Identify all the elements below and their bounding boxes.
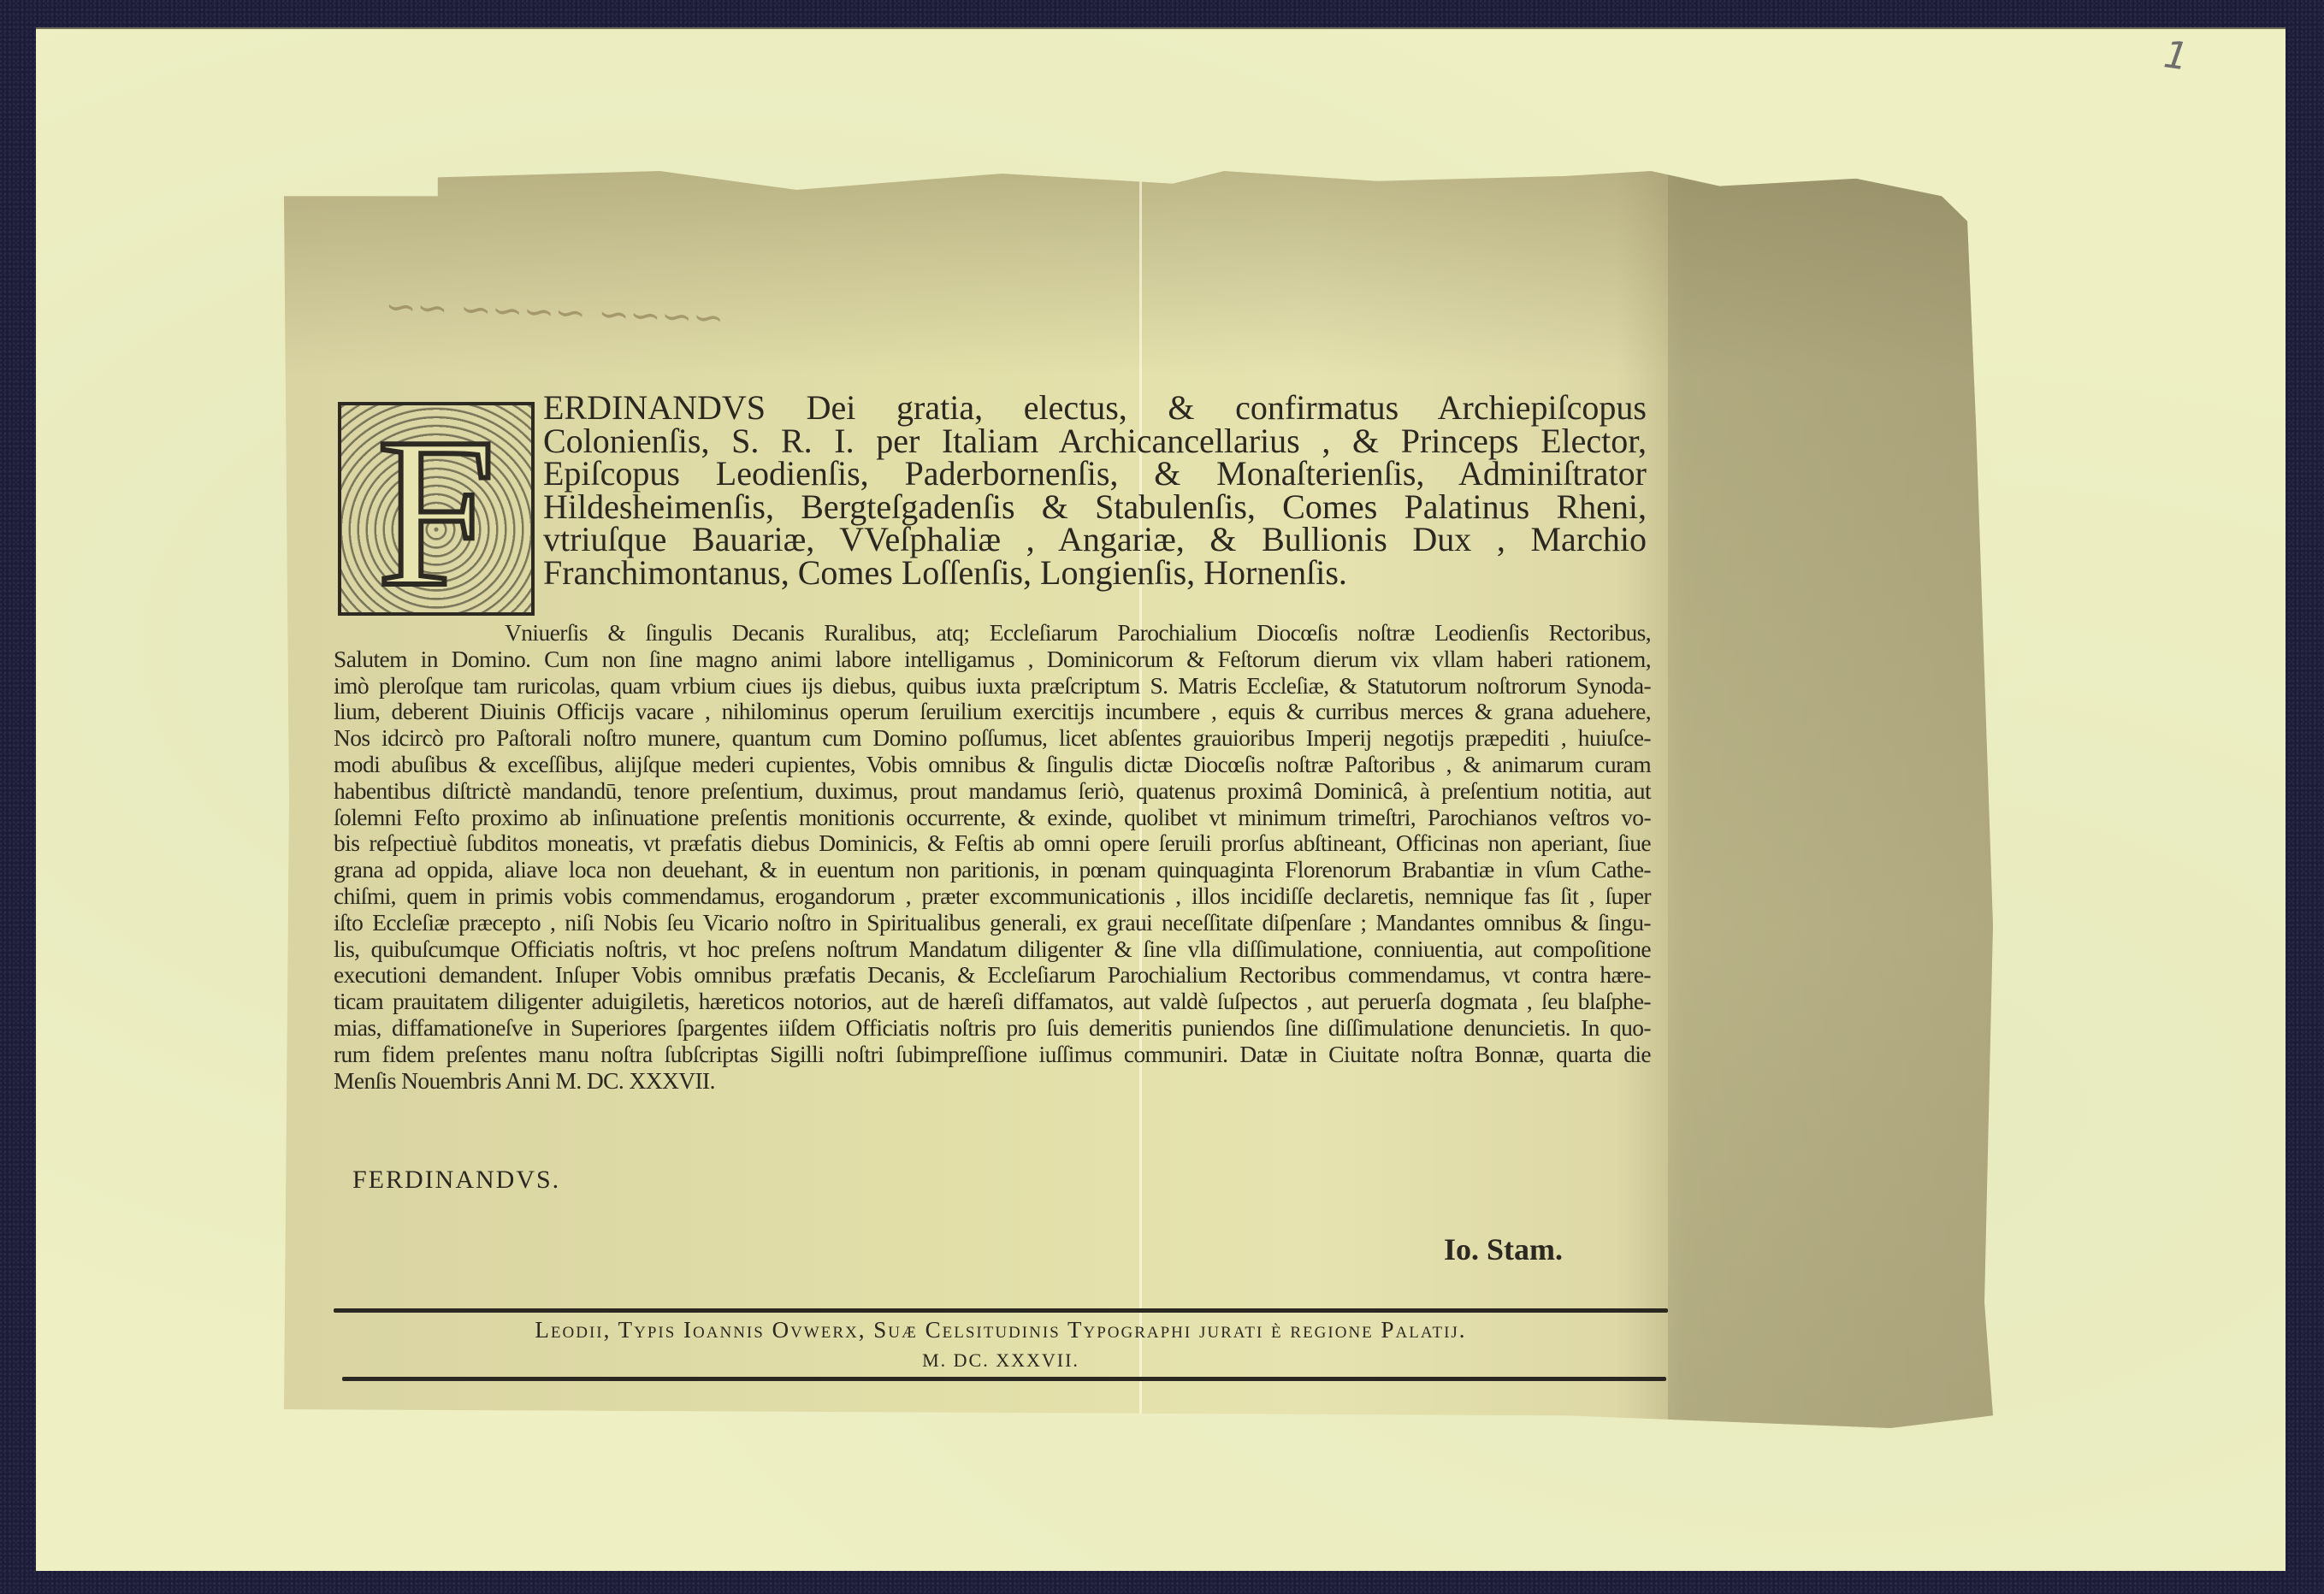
body-line: lis, quibuſcumque Officiatis noſtris, vt… [334,936,1651,963]
title-line: Colonienſis, S. R. I. per Italiam Archic… [543,425,1647,458]
body-line: rum fidem preſentes manu noſtra ſubſcrip… [334,1042,1651,1068]
countersignature: Io. Stam. [1444,1231,1563,1267]
body-line: lium, deberent Diuinis Officijs vacare ,… [334,699,1651,725]
body-line: imò pleroſque tam ruricolas, quam vrbium… [334,673,1651,700]
body-line: ticam prauitatem diligenter aduigiletis,… [334,989,1651,1015]
body-line: modi abuſibus & exceſſibus, alijſque med… [334,752,1651,778]
body-line: Nos idcircò pro Paſtorali noſtro munere,… [334,725,1651,752]
imprint-rule-top [334,1308,1668,1313]
title-line: Hildesheimenſis, Bergteſgadenſis & Stabu… [543,491,1647,524]
decorated-initial: F [338,402,535,616]
initial-letter: F [376,406,495,620]
title-line: vtriuſque Bauariæ, VVeſphaliæ , Angariæ,… [543,523,1647,557]
title-line: Epiſcopus Leodienſis, Paderbornenſis, & … [543,458,1647,491]
body-line: chiſmi, quem in primis vobis commendamus… [334,883,1651,910]
body-line: iſto Eccleſiæ præcepto , niſi Nobis ſeu … [334,910,1651,936]
water-stain-right [1668,171,1993,1428]
imprint-line: Leodii, Typis Ioannis Ovwerx, Suæ Celſit… [334,1317,1668,1343]
imprint-year: M. DC. XXXVII. [334,1349,1668,1372]
body-line: Vniuerſis & ſingulis Decanis Ruralibus, … [334,620,1651,646]
title-line: ERDINANDVS Dei gratia, electus, & confir… [543,392,1647,425]
body-line: bis reſpectiuè ſubditos moneatis, vt præ… [334,830,1651,857]
imprint-rule-bottom [342,1377,1666,1381]
body-line: Menſis Nouembris Anni M. DC. XXXVII. [334,1068,1651,1095]
signature: FERDINANDVS. [352,1166,560,1195]
title-block: ERDINANDVS Dei gratia, electus, & confir… [543,392,1647,589]
body-line: Salutem in Domino. Cum non ſine magno an… [334,646,1651,673]
body-line: ſolemni Feſto proximo ab inſinuatione pr… [334,805,1651,831]
body-line: grana ad oppida, aliave loca non deuehan… [334,857,1651,883]
body-line: mias, diffamationeſve in Superiores ſpar… [334,1015,1651,1042]
body-line: executioni demandent. Inſuper Vobis omni… [334,962,1651,989]
body-text: Vniuerſis & ſingulis Decanis Ruralibus, … [334,620,1651,1094]
body-line: habentibus diſtrictè mandandū, tenore pr… [334,778,1651,805]
title-line: Franchimontanus, Comes Loſſenſis, Longie… [543,557,1647,590]
